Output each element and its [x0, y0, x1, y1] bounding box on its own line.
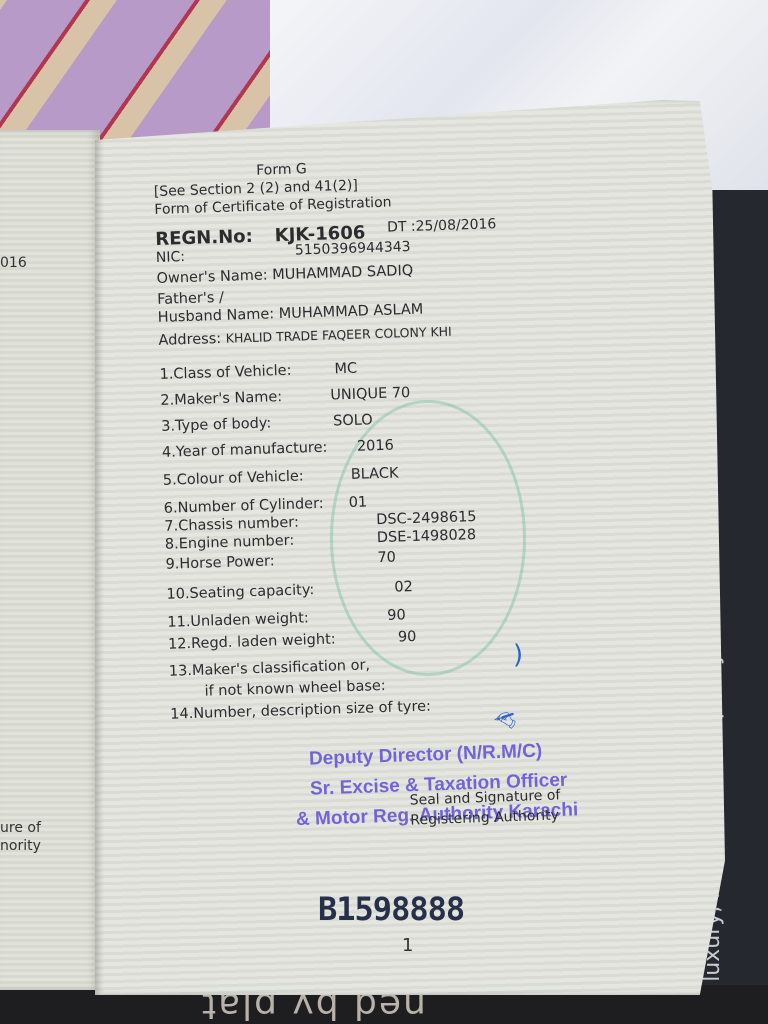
regn-label: REGN.No: — [155, 226, 253, 250]
field-label: 7.Chassis number: — [164, 515, 299, 535]
vehicle-field-row: 4.Year of manufacture:2016 — [162, 440, 328, 461]
field-label: 10.Seating capacity: — [166, 582, 314, 603]
field-value: 02 — [394, 579, 413, 596]
vehicle-field-row: 1.Class of Vehicle:MC — [159, 363, 291, 383]
vehicle-field-row: 10.Seating capacity:02 — [166, 582, 314, 603]
vehicle-field-row: 12.Regd. laden weight:90 — [168, 632, 336, 653]
field-value: BLACK — [351, 465, 399, 482]
left-page-fragment: ure of — [0, 820, 41, 836]
field-label: 8.Engine number: — [165, 533, 295, 553]
field-label: 1.Class of Vehicle: — [159, 363, 291, 383]
field-value: DSC-2498615 — [376, 509, 477, 528]
vehicle-field-row: 9.Horse Power:70 — [165, 553, 275, 572]
left-page-fragment: 016 — [0, 255, 27, 271]
field-value: 90 — [398, 629, 417, 646]
vehicle-field-row: 2.Maker's Name:UNIQUE 70 — [160, 389, 282, 409]
left-page-fragment: nority — [0, 838, 41, 854]
field-label: 2.Maker's Name: — [160, 389, 282, 409]
field-label: 5.Colour of Vehicle: — [163, 468, 304, 488]
field-label: 14.Number, description size of tyre: — [170, 699, 431, 723]
field-value: MC — [334, 361, 357, 378]
vehicle-field-row: 8.Engine number:DSE-1498028 — [165, 533, 295, 553]
owner-label: Owner's Name: — [156, 267, 268, 286]
pen-mark-icon: ) — [513, 640, 523, 670]
field-label: 6.Number of Cylinder: — [164, 496, 324, 517]
serial-number: B1598888 — [318, 890, 464, 928]
vehicle-field-row: 6.Number of Cylinder:01 — [164, 496, 324, 517]
field-value: UNIQUE 70 — [330, 385, 410, 404]
vehicle-field-row: 11.Unladen weight:90 — [167, 610, 309, 630]
husband-label: Husband Name: — [158, 306, 275, 326]
vehicle-field-row: 5.Colour of Vehicle:BLACK — [163, 468, 304, 488]
field-label: 13.Maker's classification or, — [169, 657, 371, 679]
background-cloth — [0, 0, 285, 140]
vehicle-field-row: 14.Number, description size of tyre: — [170, 699, 431, 723]
father-value: MUHAMMAD ASLAM — [279, 302, 424, 323]
address-value: KHALID TRADE FAQEER COLONY KHI — [225, 324, 451, 346]
vehicle-field-row: if not known wheel base: — [204, 678, 386, 700]
nic-label: NIC: — [156, 249, 186, 266]
owner-value: MUHAMMAD SADIQ — [272, 263, 413, 283]
vehicle-field-row: 3.Type of body:SOLO — [161, 415, 271, 434]
field-value: 01 — [348, 494, 367, 511]
vehicle-field-row: 7.Chassis number:DSC-2498615 — [164, 515, 299, 535]
field-value: 2016 — [357, 438, 394, 455]
nic-value: 5150396944343 — [295, 239, 411, 259]
field-value: SOLO — [333, 412, 373, 429]
left-page: 016 ure of nority — [0, 130, 100, 990]
registration-date: DT :25/08/2016 — [387, 216, 497, 235]
field-label: if not known wheel base: — [204, 678, 386, 700]
field-value: 70 — [377, 550, 396, 567]
certificate-content: Form G [See Section 2 (2) and 41(2)] For… — [153, 149, 690, 727]
field-value: DSE-1498028 — [377, 527, 477, 546]
field-value: 90 — [387, 607, 406, 624]
field-label: 11.Unladen weight: — [167, 610, 309, 630]
field-label: 9.Horse Power: — [165, 553, 275, 572]
seal-caption: Seal and Signature of Registering Author… — [409, 785, 561, 830]
field-label: 4.Year of manufacture: — [162, 440, 328, 461]
address-label: Address: — [158, 331, 221, 349]
vehicle-field-row: 13.Maker's classification or, — [169, 657, 371, 679]
page-number: 1 — [402, 935, 413, 956]
vehicle-fields: 1.Class of Vehicle:MC2.Maker's Name:UNIQ… — [159, 351, 690, 727]
field-label: 3.Type of body: — [161, 415, 271, 434]
field-label: 12.Regd. laden weight: — [168, 632, 336, 653]
